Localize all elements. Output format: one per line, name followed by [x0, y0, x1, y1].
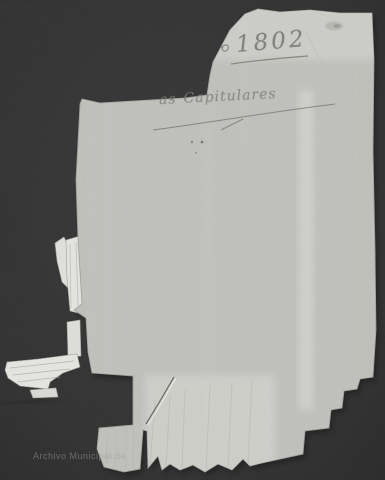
stain-smudge — [325, 22, 343, 31]
archival-scan-page: 1802 asCapitulares Archivo Municipal de — [0, 0, 385, 480]
handwritten-title-prefix: as — [159, 91, 177, 108]
scan-image — [0, 0, 385, 480]
archive-watermark: Archivo Municipal de — [33, 451, 126, 461]
